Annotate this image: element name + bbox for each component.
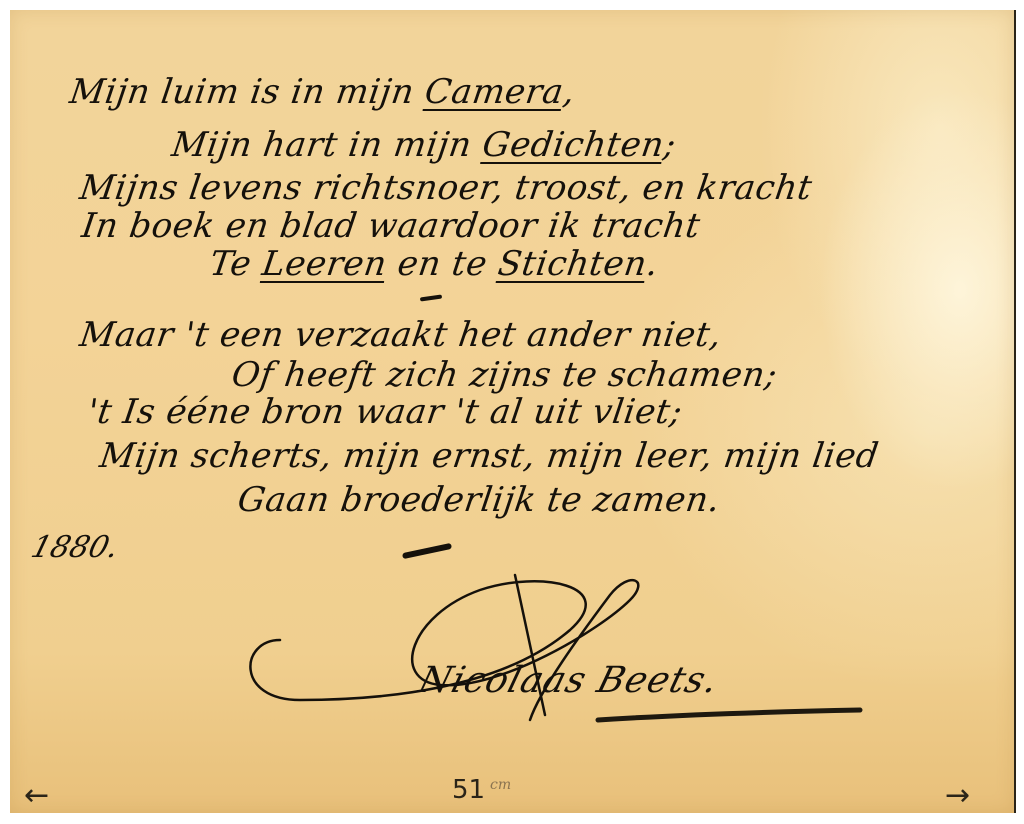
right-arrow-icon: → bbox=[945, 778, 970, 813]
poem-line-8: 't Is ééne bron waar 't al uit vliet; bbox=[85, 392, 685, 432]
line-text: en te bbox=[384, 244, 501, 284]
left-arrow-icon: ← bbox=[24, 778, 49, 813]
poem-line-9: Mijn scherts, mijn ernst, mijn leer, mij… bbox=[97, 436, 881, 476]
underlined-word-stichten: Stichten bbox=[495, 244, 649, 284]
line-text: Mijn scherts, mijn ernst, mijn leer, mij… bbox=[97, 436, 881, 476]
poem-line-10: Gaan broederlijk te zamen. bbox=[235, 480, 722, 520]
poem-line-4: In boek en blad waardoor ik tracht bbox=[79, 206, 703, 246]
underlined-word-gedichten: Gedichten bbox=[480, 125, 667, 165]
line-text: Mijns levens richtsnoer, troost, en krac… bbox=[77, 168, 814, 208]
line-text: Gaan broederlijk te zamen. bbox=[235, 480, 722, 520]
signature-name: Nicolaas Beets. bbox=[415, 660, 724, 701]
poem-line-7: Of heeft zich zijns te schamen; bbox=[229, 355, 780, 395]
poem-line-2: Mijn hart in mijn Gedichten; bbox=[169, 125, 678, 165]
date-year: 1880. bbox=[27, 530, 122, 565]
line-text: Mijn luim is in mijn bbox=[67, 72, 428, 112]
signature-flourish-icon bbox=[240, 570, 880, 740]
line-text: 't Is ééne bron waar 't al uit vliet; bbox=[85, 392, 685, 432]
line-text: Of heeft zich zijns te schamen; bbox=[229, 355, 780, 395]
line-text: Mijn hart in mijn bbox=[169, 125, 485, 165]
line-text: Te bbox=[207, 244, 265, 284]
measurement-value: 51 bbox=[452, 775, 485, 805]
poem-line-1: Mijn luim is in mijn Camera, bbox=[67, 72, 577, 112]
underlined-word-leeren: Leeren bbox=[260, 244, 390, 284]
line-text: Maar 't een verzaakt het ander niet, bbox=[77, 315, 724, 355]
poem-line-6: Maar 't een verzaakt het ander niet, bbox=[77, 315, 724, 355]
underlined-word-camera: Camera bbox=[422, 72, 566, 112]
poem-line-5: Te Leeren en te Stichten. bbox=[207, 244, 661, 284]
measurement-unit: cm bbox=[490, 777, 511, 793]
poem-line-3: Mijns levens richtsnoer, troost, en krac… bbox=[77, 168, 814, 208]
line-text: In boek en blad waardoor ik tracht bbox=[79, 206, 703, 246]
